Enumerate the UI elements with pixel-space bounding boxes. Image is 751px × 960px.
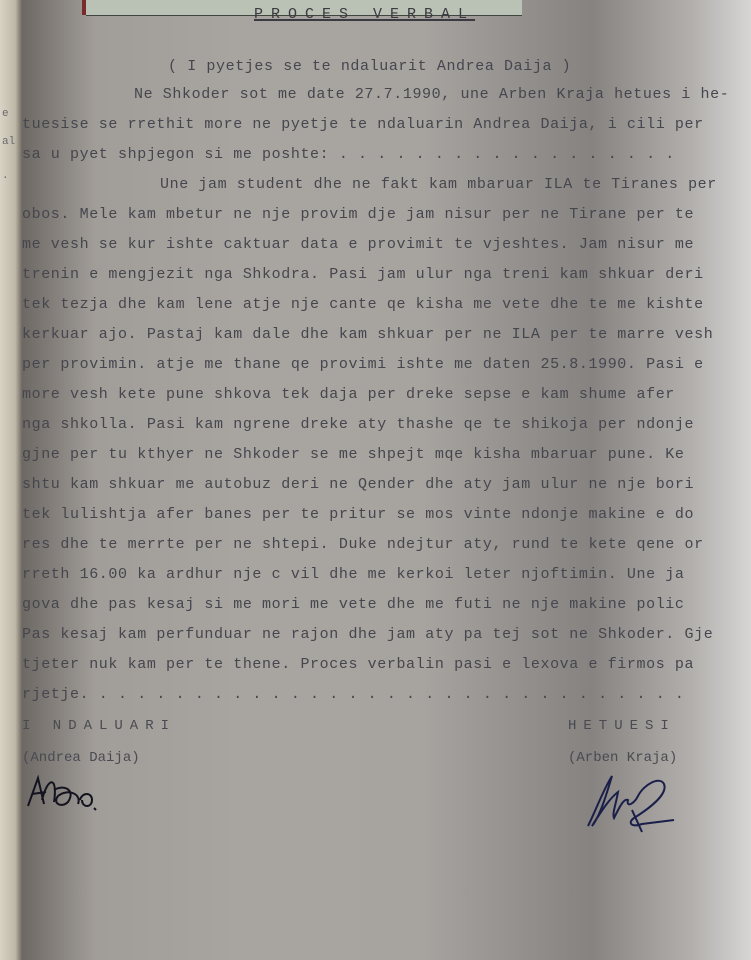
- body-line: tjeter nuk kam per te thene. Proces verb…: [22, 656, 694, 673]
- body-line: kerkuar ajo. Pastaj kam dale dhe kam shk…: [22, 326, 713, 343]
- signature-right-name: (Arben Kraja): [568, 750, 677, 766]
- typewritten-page: PROCES VERBAL ( I pyetjes se te ndaluari…: [22, 0, 751, 960]
- body-line: gova dhe pas kesaj si me mori me vete dh…: [22, 596, 685, 613]
- document-subtitle: ( I pyetjes se te ndaluarit Andrea Daija…: [168, 58, 571, 75]
- body-line: obos. Mele kam mbetur ne nje provim dje …: [22, 206, 694, 223]
- body-line: nga shkolla. Pasi kam ngrene dreke aty t…: [22, 416, 694, 433]
- margin-mark: e: [2, 108, 9, 120]
- body-line: per provimin. atje me thane qe provimi i…: [22, 356, 704, 373]
- body-line: sa u pyet shpjegon si me poshte: . . . .…: [22, 146, 675, 163]
- margin-mark: .: [2, 170, 9, 182]
- signature-left-label: I NDALUARI: [22, 718, 176, 734]
- adjacent-page-edge: e al .: [0, 0, 22, 960]
- body-line: gjne per tu kthyer ne Shkoder se me shpe…: [22, 446, 685, 463]
- body-line: more vesh kete pune shkova tek daja per …: [22, 386, 675, 403]
- body-line: Pas kesaj kam perfunduar ne rajon dhe ja…: [22, 626, 713, 643]
- body-line: rreth 16.00 ka ardhur nje c vil dhe me k…: [22, 566, 685, 583]
- margin-mark: al: [2, 136, 15, 148]
- body-line: tek lulishtja afer banes per te pritur s…: [22, 506, 694, 523]
- signature-right-label: HETUESI: [568, 718, 676, 734]
- body-line: Une jam student dhe ne fakt kam mbaruar …: [160, 176, 717, 193]
- document-title: PROCES VERBAL: [254, 6, 475, 23]
- body-line: res dhe te merrte per ne shtepi. Duke nd…: [22, 536, 704, 553]
- body-line: shtu kam shkuar me autobuz deri ne Qende…: [22, 476, 694, 493]
- body-line: tuesise se rrethit more ne pyetje te nda…: [22, 116, 704, 133]
- body-line: me vesh se kur ishte caktuar data e prov…: [22, 236, 694, 253]
- body-line: rjetje. . . . . . . . . . . . . . . . . …: [22, 686, 685, 703]
- body-line: trenin e mengjezit nga Shkodra. Pasi jam…: [22, 266, 704, 283]
- body-line: tek tezja dhe kam lene atje nje cante qe…: [22, 296, 704, 313]
- signature-right: [582, 770, 682, 835]
- signature-left: [24, 770, 104, 815]
- signature-left-name: (Andrea Daija): [22, 750, 140, 766]
- body-line: Ne Shkoder sot me date 27.7.1990, une Ar…: [134, 86, 729, 103]
